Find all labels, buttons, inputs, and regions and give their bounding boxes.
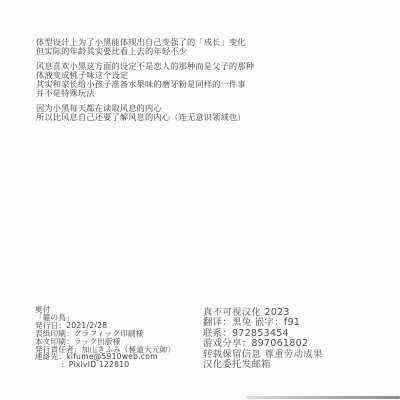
translation-credits-block: 真不可视汉化 2023 翻译：黑兔 嵌字：f91 联系：972853454 游戏… [203, 308, 323, 370]
scanned-afterword-page: 体型设计上为了小黑能体现出自己变强了的「成长」变化 但实际的年龄其实要比看上去的… [0, 0, 400, 400]
afterword-line: 但实际的年龄其实要比看上去的年轻不少 [36, 47, 380, 56]
colophon-line-pixiv-id: ：PixivID 122810 [35, 361, 175, 369]
scan-edge-artifact [246, 396, 400, 399]
colophon-block: 奥付 「籠の鳥」 発行日：2021/2/28 表紙印刷：グラフィック印刷様 本文… [35, 306, 175, 369]
afterword-paragraph: 风息喜欢小黑这方面的设定不是恋人的那种而是父子的那种 体液变成桃子味这个设定 其… [36, 62, 380, 98]
credits-line-commission-note: 汉化委托发邮箱 [203, 360, 323, 370]
afterword-line: 所以比风息自己还要了解风息的内心（连无意识领域也） [36, 113, 380, 122]
afterword-line: 并不是特殊玩法 [36, 89, 380, 98]
afterword-text-block: 体型设计上为了小黑能体现出自己变强了的「成长」变化 但实际的年龄其实要比看上去的… [36, 38, 380, 128]
afterword-paragraph: 因为小黑每天都在读取风息的内心 所以比风息自己还要了解风息的内心（连无意识领域也… [36, 104, 380, 122]
afterword-paragraph: 体型设计上为了小黑能体现出自己变强了的「成长」变化 但实际的年龄其实要比看上去的… [36, 38, 380, 56]
